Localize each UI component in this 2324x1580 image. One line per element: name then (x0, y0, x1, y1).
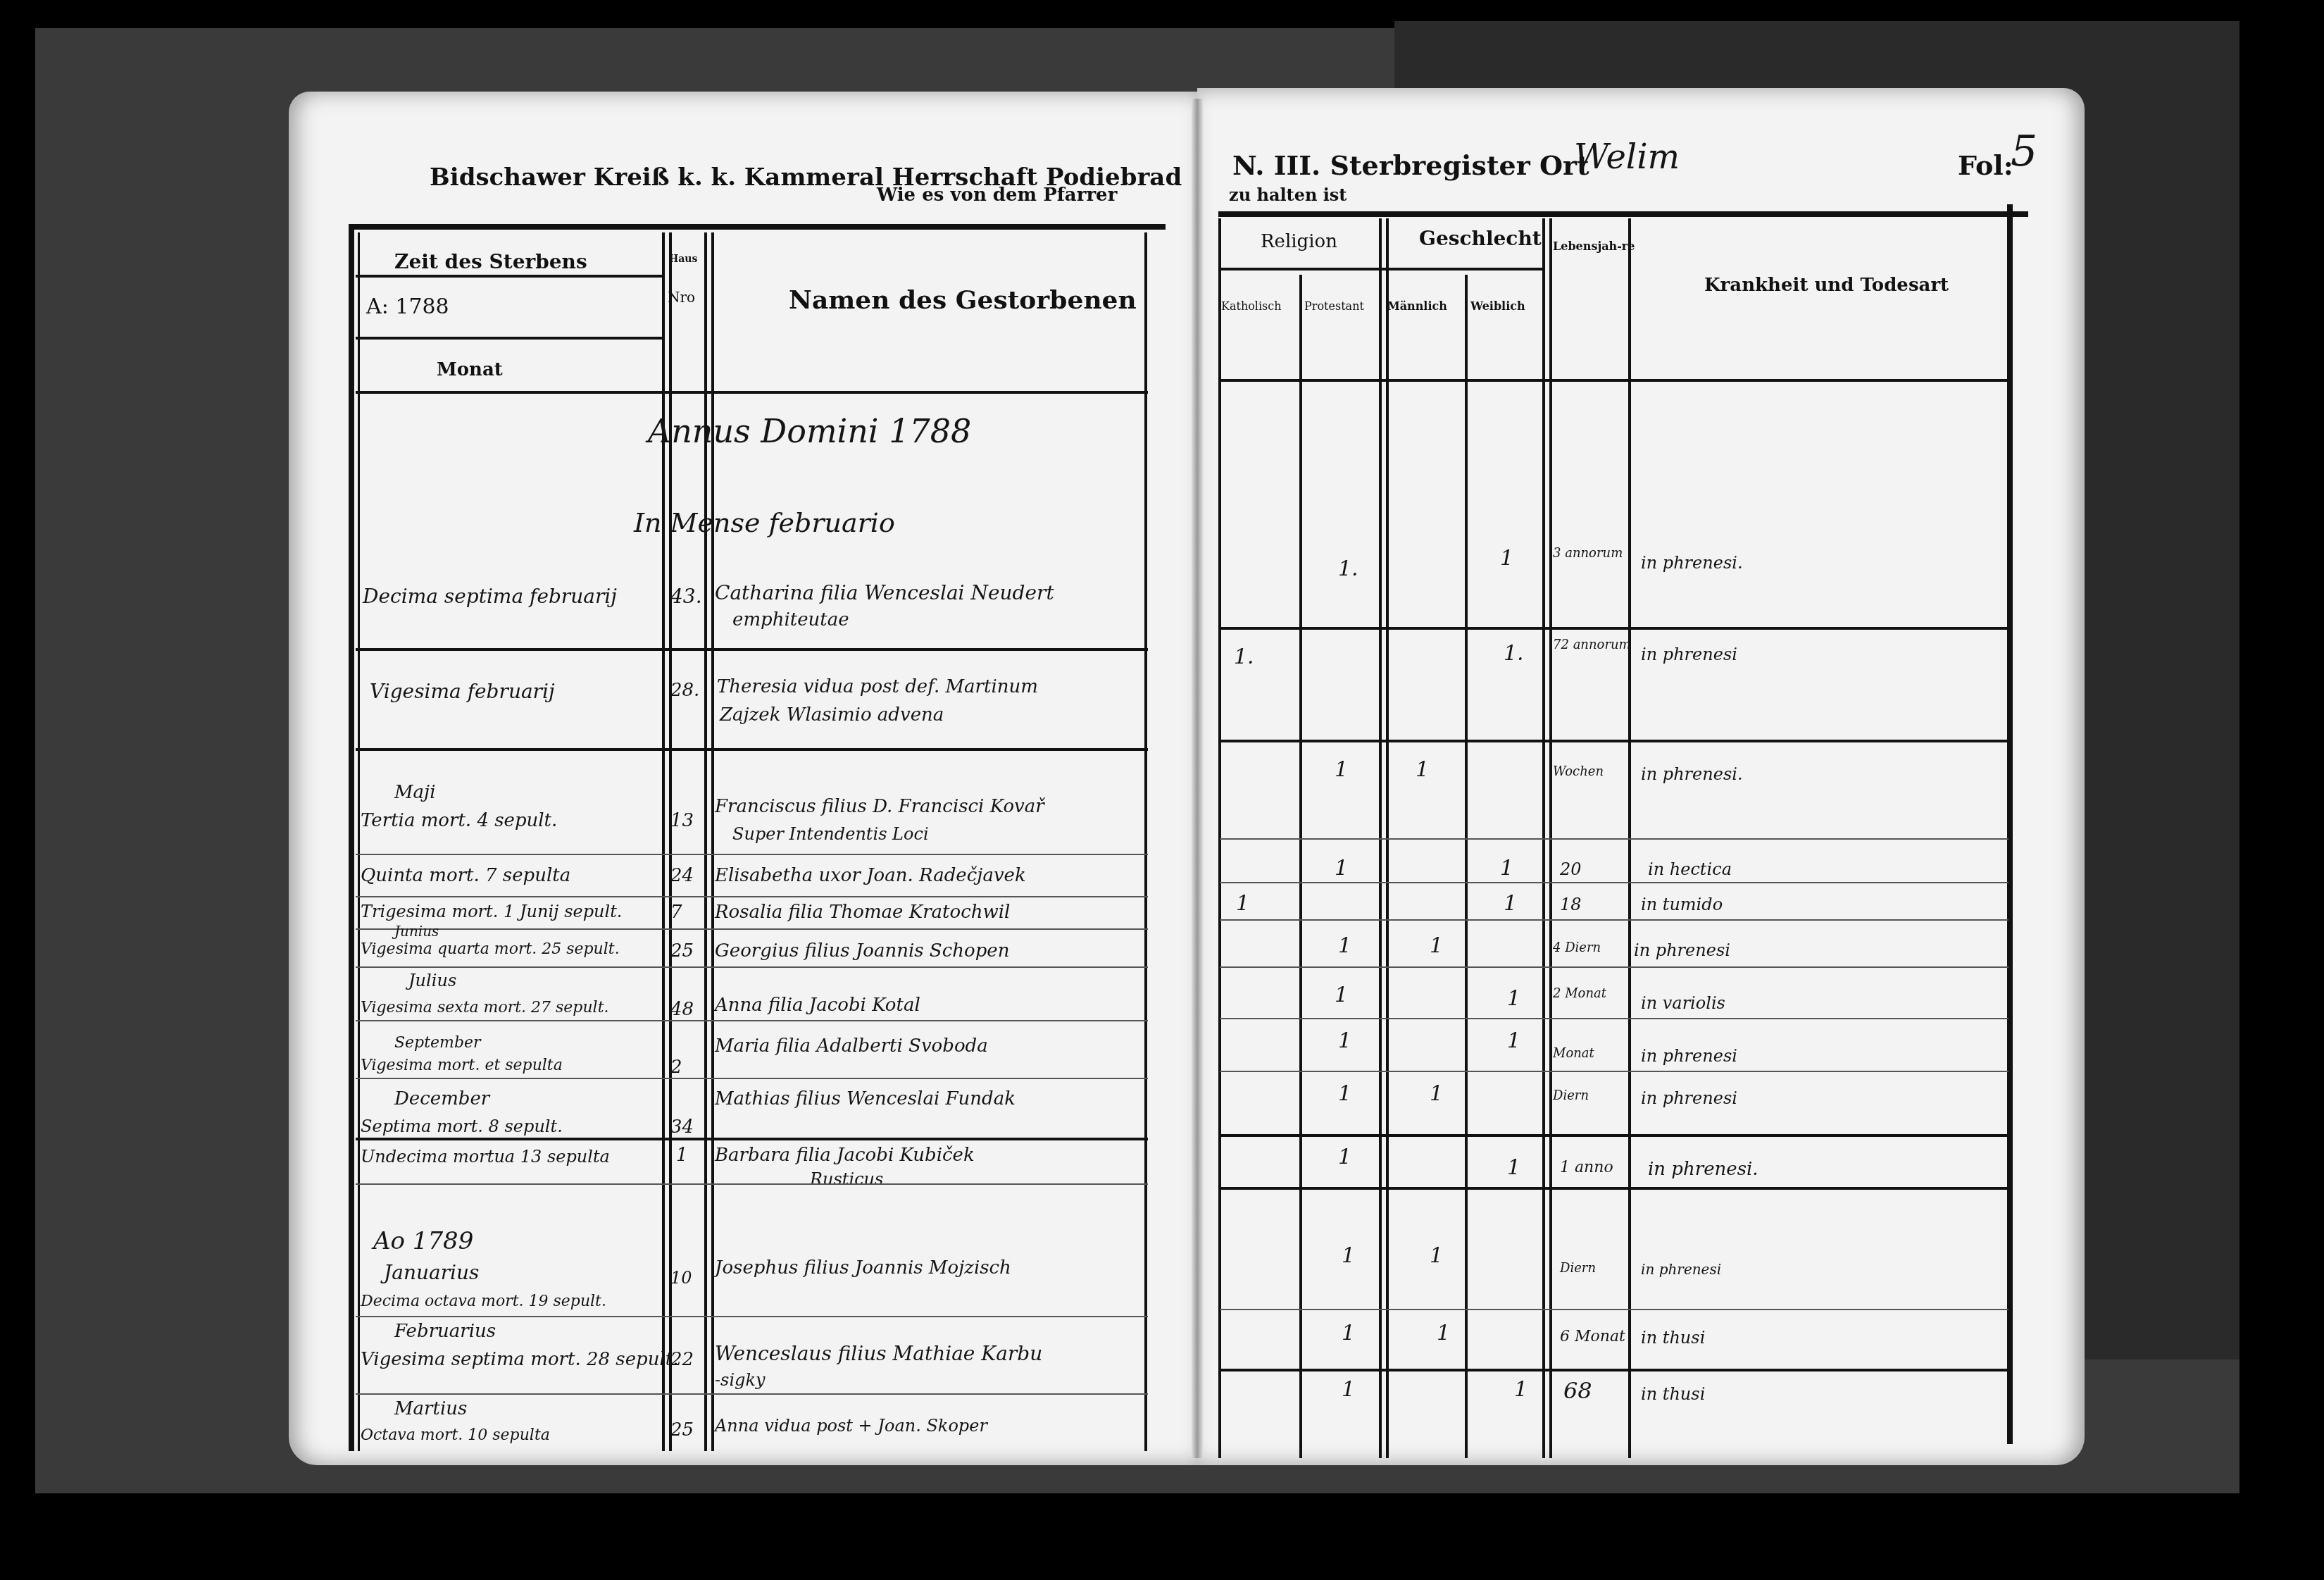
entry-haus: 43. (670, 585, 702, 608)
col-katholisch: Katholisch (1221, 299, 1282, 313)
cause: in phrenesi (1634, 940, 1730, 960)
col-krankheit-und-todesart: Krankheit und Todesart (1704, 275, 1949, 296)
kath-mark: 1 (1236, 891, 1249, 916)
row-rule (1220, 1187, 2008, 1190)
header-bottom-rule (1220, 379, 2008, 382)
age: 18 (1560, 895, 1582, 914)
prot-mark: 1 (1335, 757, 1348, 782)
cause: in phrenesi. (1648, 1159, 1758, 1180)
entry-date: Vigesima sexta mort. 27 sepult. (361, 999, 608, 1016)
weiblich-divider (1465, 275, 1468, 1458)
anno-domini-heading: Annus Domini 1788 (648, 412, 971, 450)
entry-haus: 2 (670, 1057, 682, 1078)
entry-date: Septima mort. 8 sepult. (361, 1116, 563, 1136)
entry-name: Rosalia filia Thomae Kratochwil (715, 902, 1010, 923)
entry-month: Junius (394, 923, 439, 940)
col-year: A: 1788 (366, 294, 449, 319)
row-rule (1220, 919, 2008, 921)
col-monat: Monat (437, 359, 503, 380)
col-haus: Haus (669, 254, 697, 265)
entry-date: Trigesima mort. 1 Junij sepult. (361, 902, 622, 921)
header-bottom-rule (356, 391, 1148, 394)
entry-name: Mathias filius Wenceslai Fundak (715, 1088, 1016, 1109)
entry-haus: 7 (670, 902, 682, 923)
age: 3 annorum (1553, 546, 1623, 561)
prot-mark: 1 (1342, 1377, 1355, 1402)
row-rule (1220, 1018, 2008, 1019)
entry-date: Vigesima mort. et sepulta (361, 1057, 563, 1074)
right-header-subtitle: zu halten ist (1229, 185, 1347, 205)
row-rule (356, 748, 1148, 751)
left-outer-border (349, 225, 354, 1451)
weiblich-mark: 1 (1507, 1155, 1520, 1180)
entry-date: Quinta mort. 7 sepulta (361, 865, 570, 886)
entry-date: Decima octava mort. 19 sepult. (361, 1293, 606, 1310)
age: 20 (1560, 859, 1582, 879)
prot-mark: 1 (1338, 1081, 1351, 1106)
fol-value: 5 (2011, 127, 2037, 176)
cause: in phrenesi. (1641, 764, 1743, 784)
entry-date: Undecima mortua 13 sepulta (361, 1147, 610, 1167)
cause: in variolis (1641, 993, 1725, 1013)
entry-date: Decima septima februarij (363, 585, 617, 608)
row-rule (1220, 882, 2008, 883)
entry-name: Catharina filia Wenceslai Neudert (715, 581, 1054, 604)
row-rule (1220, 1309, 2008, 1310)
left-top-rule (349, 224, 1166, 230)
entry-date: Vigesima quarta mort. 25 sepult. (361, 940, 620, 958)
prot-mark: 1 (1342, 1243, 1355, 1268)
row-rule (1220, 966, 2008, 968)
age: 68 (1563, 1377, 1592, 1404)
left-header-subtitle: Wie es von dem Pfarrer (877, 185, 1117, 206)
entry-name: Maria filia Adalberti Svoboda (715, 1035, 988, 1057)
col-religion: Religion (1261, 231, 1337, 252)
row-rule (356, 1020, 1148, 1021)
entry-name: Barbara filia Jacobi Kubiček (715, 1145, 975, 1166)
weiblich-mark: 1 (1504, 891, 1517, 916)
right-top-rule (1218, 211, 2028, 217)
weiblich-mark: 1. (1504, 641, 1524, 666)
entry-name: Wenceslaus filius Mathiae Karbu (715, 1342, 1042, 1365)
cause: in phrenesi (1641, 1088, 1737, 1108)
age: Monat (1553, 1046, 1594, 1061)
left-right-border (1144, 232, 1147, 1451)
entry-haus: 1 (676, 1145, 688, 1166)
entry-name: Elisabetha uxor Joan. Radečjavek (715, 865, 1026, 886)
prot-mark: 1. (1338, 556, 1358, 581)
entry-month: Januarius (384, 1261, 479, 1284)
left-inner-border (358, 232, 360, 1451)
row-rule (1220, 627, 2008, 630)
age: Diern (1553, 1088, 1589, 1103)
mense-heading: In Mense februario (634, 507, 895, 538)
row-rule (356, 1183, 1148, 1185)
weiblich-mark: 1 (1507, 1028, 1520, 1053)
entry-name-2: Super Intendentis Loci (732, 824, 929, 844)
prot-divider (1299, 275, 1302, 1458)
entry-haus: 10 (670, 1268, 692, 1288)
col-lebensjahre: Lebensjah-re (1553, 240, 1635, 253)
cause: in phrenesi (1641, 645, 1737, 664)
col-nro: Nro (668, 289, 695, 306)
row-rule (1220, 838, 2008, 840)
col-namen-des-gestorbenen: Namen des Gestorbenen (789, 285, 1137, 315)
row-rule (356, 648, 1148, 651)
right-outer-border (2007, 204, 2013, 1444)
age: 4 Diern (1553, 940, 1601, 955)
weiblich-mark: 1 (1500, 856, 1513, 881)
row-rule (1220, 1071, 2008, 1072)
cause: in phrenesi. (1641, 553, 1743, 573)
age: 1 anno (1560, 1159, 1613, 1176)
entry-haus: 48 (670, 999, 694, 1020)
ort-value: Welim (1574, 137, 1680, 177)
book-gutter (1192, 99, 1203, 1458)
entry-name: Josephus filius Joannis Mojzisch (715, 1257, 1011, 1279)
cause: in phrenesi (1641, 1046, 1737, 1066)
cause: in phrenesi (1641, 1261, 1721, 1278)
entry-date: Tertia mort. 4 sepult. (361, 810, 557, 831)
entry-date: Vigesima februarij (370, 680, 555, 703)
row-rule (356, 896, 1148, 897)
maennlich-mark: 1 (1437, 1321, 1450, 1345)
maennlich-mark: 1 (1416, 757, 1429, 782)
prot-mark: 1 (1335, 983, 1348, 1007)
col-zeit-des-sterbens: Zeit des Sterbens (394, 250, 587, 273)
rule (356, 275, 662, 278)
row-rule (356, 854, 1148, 855)
cause: in hectica (1648, 859, 1732, 879)
col-geschlecht: Geschlecht (1419, 227, 1542, 250)
row-rule (356, 1138, 1148, 1140)
religion-rule (1220, 268, 1544, 270)
age: Diern (1560, 1261, 1596, 1276)
weiblich-mark: 1 (1507, 986, 1520, 1011)
entry-haus: 34 (670, 1116, 694, 1138)
row-rule (356, 1078, 1148, 1079)
row-rule (1220, 1134, 2008, 1137)
kath-mark: 1. (1234, 645, 1254, 669)
entry-month: Februarius (394, 1321, 496, 1342)
row-rule (356, 966, 1148, 968)
entry-month: September (394, 1034, 481, 1052)
entry-name: Georgius filius Joannis Schopen (715, 940, 1009, 962)
maennlich-mark: 1 (1430, 1243, 1443, 1268)
entry-haus: 13 (670, 810, 694, 831)
entry-haus: 28. (670, 680, 699, 701)
entry-haus: 25 (670, 1419, 694, 1441)
col-weiblich: Weiblich (1470, 299, 1525, 313)
maennlich-mark: 1 (1430, 1081, 1443, 1106)
entry-date: Octava mort. 10 sepulta (361, 1426, 550, 1444)
row-rule (356, 1393, 1148, 1395)
prot-mark: 1 (1335, 856, 1348, 881)
cause: in thusi (1641, 1384, 1705, 1404)
entry-name-2: Rusticus (810, 1169, 883, 1189)
age: 6 Monat (1560, 1328, 1625, 1345)
prot-mark: 1 (1338, 1145, 1351, 1169)
entry-month: Martius (394, 1398, 467, 1419)
age: 2 Monat (1553, 986, 1606, 1001)
weiblich-mark: 1 (1514, 1377, 1528, 1402)
entry-haus: 22 (670, 1349, 694, 1370)
age: 72 annorum (1553, 637, 1631, 652)
age: Wochen (1553, 764, 1604, 779)
row-rule (356, 1316, 1148, 1317)
cause: in tumido (1641, 895, 1723, 914)
entry-name-2: emphiteutae (732, 609, 849, 630)
rule (356, 337, 662, 340)
row-rule (356, 928, 1148, 930)
col-maennlich: Männlich (1387, 299, 1447, 313)
entry-month: December (394, 1088, 489, 1109)
entry-name: Franciscus filius D. Francisci Kovař (715, 796, 1044, 817)
prot-mark: 1 (1342, 1321, 1355, 1345)
entry-name: Anna vidua post + Joan. Skoper (715, 1416, 987, 1436)
col-protestant: Protestant (1304, 299, 1364, 313)
row-rule (1220, 740, 2008, 742)
entry-name-2: -sigky (715, 1370, 766, 1390)
entry-date: Vigesima septima mort. 28 sepult. (361, 1349, 679, 1370)
entry-month: Julius (408, 971, 456, 990)
entry-haus: 24 (670, 865, 694, 886)
entry-name: Theresia vidua post def. Martinum (717, 676, 1038, 697)
year-1789-heading: Ao 1789 (373, 1227, 473, 1255)
entry-month: Maji (394, 782, 436, 803)
prot-mark: 1 (1338, 933, 1351, 958)
fol-label: Fol: (1958, 149, 2013, 181)
row-rule (1220, 1369, 2008, 1371)
cause: in thusi (1641, 1328, 1705, 1348)
right-header-title: N. III. Sterbregister Ort (1232, 149, 1589, 181)
entry-haus: 25 (670, 940, 694, 962)
entry-name-2: Zajzek Wlasimio advena (720, 704, 944, 726)
entry-name: Anna filia Jacobi Kotal (715, 995, 920, 1016)
prot-mark: 1 (1338, 1028, 1351, 1053)
weiblich-mark: 1 (1500, 546, 1513, 571)
maennlich-mark: 1 (1430, 933, 1443, 958)
